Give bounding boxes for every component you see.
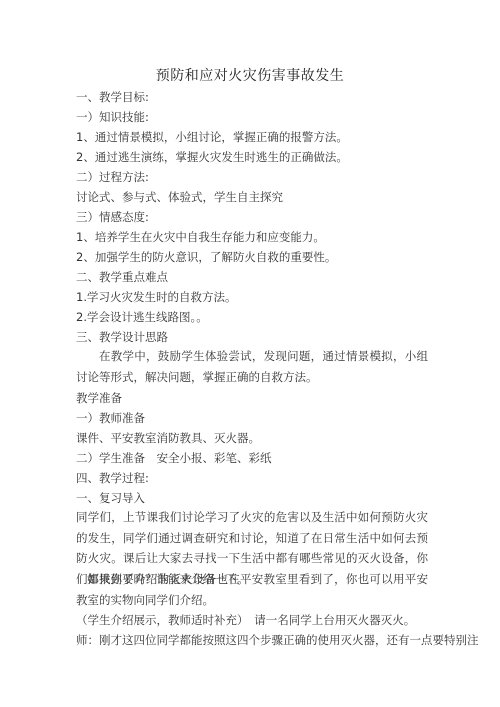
list-item: 2、通过逃生演练，掌握火灾发生时逃生的正确做法。 <box>76 150 348 164</box>
list-item: 1.学习火灾发生时的自救方法。 <box>76 290 236 304</box>
heading-design-ideas: 三、教学设计思路 <box>76 330 168 344</box>
list-item: 1、培养学生在火灾中自我生存能力和应变能力。 <box>76 230 325 244</box>
heading-teaching-goals: 一、教学目标: <box>76 90 149 104</box>
list-item: 1、通过情景模拟，小组讨论，掌握正确的报警方法。 <box>76 130 348 144</box>
heading-teaching-process: 四、教学过程: <box>76 471 149 485</box>
subheading-teacher-prep: 一）教师准备 <box>76 411 145 425</box>
show-paragraph: 如果你要介绍的灭火设备也在平安教室里看到了，你也可以用平安教室的实物向同学们介绍… <box>76 569 428 610</box>
note-line: （学生介绍展示，教师适时补充） 请一名同学上台用灭火器灭火。 <box>76 613 415 627</box>
list-item: 2、加强学生的防火意识，了解防火自救的重要性。 <box>76 250 336 264</box>
subheading-process-methods: 二）过程方法: <box>76 170 149 184</box>
subheading-student-prep: 二）学生准备 安全小报、彩笔、彩纸 <box>76 451 272 465</box>
subheading-attitude: 三）情感态度: <box>76 210 149 224</box>
heading-key-points: 二、教学重点难点 <box>76 270 168 284</box>
heading-preparation: 教学准备 <box>76 391 122 405</box>
document-page: 预防和应对火灾伤害事故发生 一、教学目标: 一）知识技能: 1、通过情景模拟，小… <box>0 0 500 707</box>
subheading-knowledge-skills: 一）知识技能: <box>76 110 149 124</box>
teacher-line: 师：刚才这四位同学都能按照这四个步骤正确的使用灭火器，还有一点要特别注 <box>76 633 479 647</box>
list-item: 2.学会设计逃生线路图。。 <box>76 310 208 324</box>
body-text: 讨论式、参与式、体验式，学生自主探究 <box>76 190 283 204</box>
subheading-review: 一、复习导入 <box>76 491 145 505</box>
document-title: 预防和应对火灾伤害事故发生 <box>0 65 500 85</box>
body-text: 课件、平安教室消防教具、灭火器。 <box>76 431 260 445</box>
design-paragraph: 在教学中，鼓励学生体验尝试，发现问题，通过情景模拟，小组讨论等形式，解决问题，掌… <box>76 346 428 387</box>
